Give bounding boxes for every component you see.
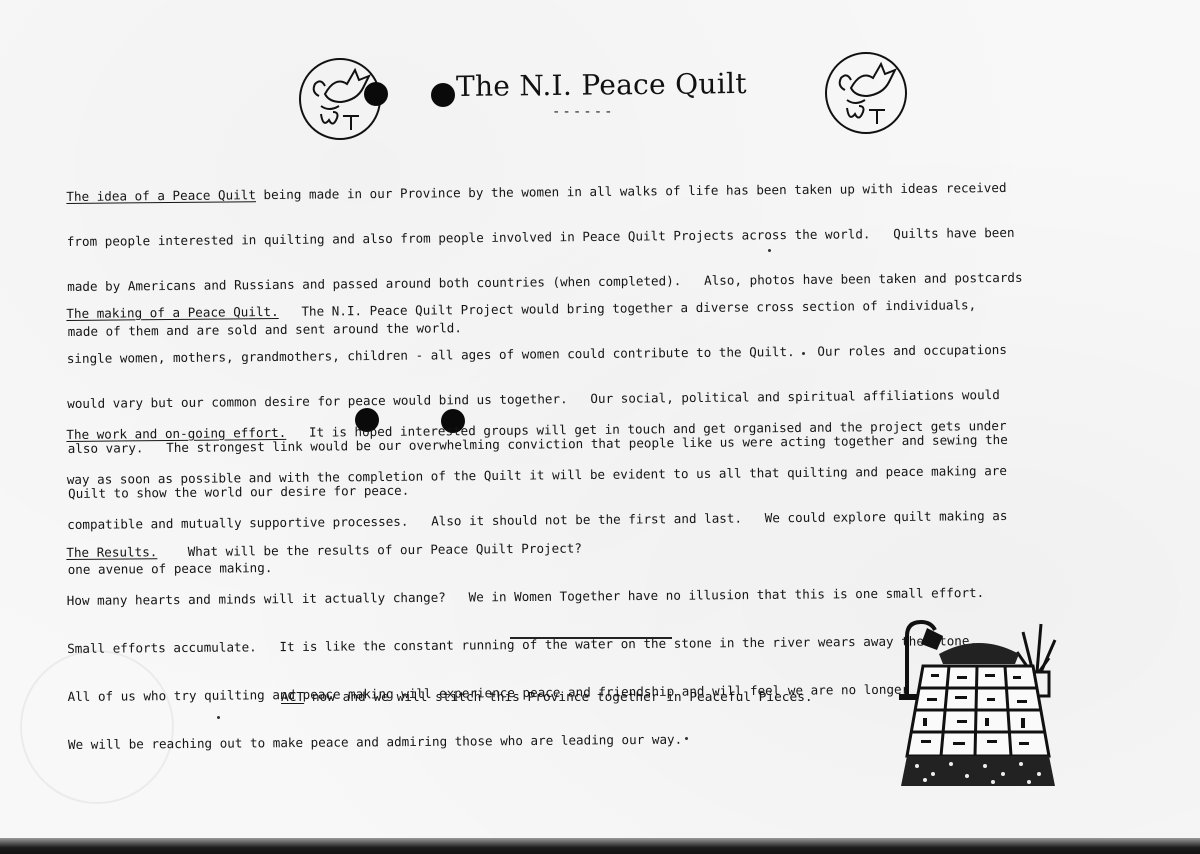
dove-wt-emblem-icon (823, 50, 909, 136)
scanned-page: The N.I. Peace Quilt ------ The idea of … (0, 0, 1200, 854)
page-title: The N.I. Peace Quilt (456, 67, 747, 103)
speck (217, 716, 220, 719)
speck (685, 737, 688, 740)
title-underline: ------ (552, 104, 615, 120)
punch-hole (364, 82, 388, 106)
punch-hole (431, 83, 455, 107)
closing-line: ACT now and we will stitch this Province… (281, 690, 813, 705)
paragraph-heading: The Results. (66, 544, 157, 560)
speck (768, 249, 771, 252)
paragraph-heading: The making of a Peace Quilt. (66, 304, 278, 321)
paragraph-heading: The idea of a Peace Quilt (66, 187, 256, 204)
scan-edge-shadow (0, 838, 1200, 854)
quilted-bed-illustration-icon (893, 614, 1063, 794)
paragraph-heading: The work and on-going effort. (66, 425, 286, 442)
divider-rule (510, 637, 672, 639)
speck (802, 352, 805, 355)
closing-emphasis: ACT (281, 690, 304, 705)
